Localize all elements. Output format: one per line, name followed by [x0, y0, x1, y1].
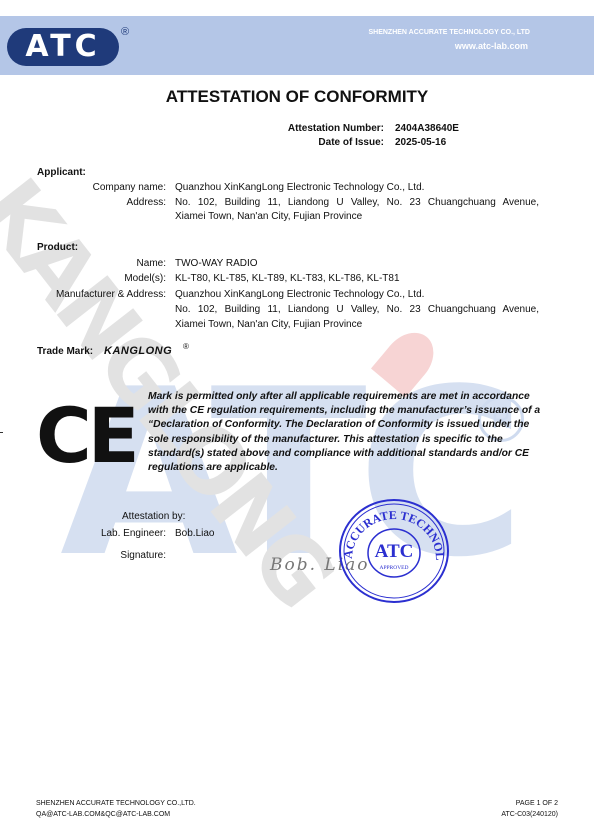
applicant-heading: Applicant: [37, 167, 86, 178]
footer-company: SHENZHEN ACCURATE TECHNOLOGY CO.,LTD. [36, 800, 196, 807]
manufacturer-address-line-2: Xiamei Town, Nan'an City, Fujian Provinc… [175, 318, 539, 332]
attestation-number-value: 2404A38640E [395, 123, 459, 134]
header-website[interactable]: www.atc-lab.com [455, 41, 528, 51]
manufacturer-label: Manufacturer & Address: [56, 289, 166, 300]
address-line-1: No. 102, Building 11, Liandong U Valley,… [175, 196, 539, 210]
margin-tick [0, 432, 3, 433]
product-name-label: Name: [137, 258, 166, 269]
trademark-label: Trade Mark: [37, 346, 93, 357]
header-company-name: SHENZHEN ACCURATE TECHNOLOGY CO., LTD [368, 29, 530, 36]
atc-logo: ATC [7, 28, 119, 66]
ce-mark-statement: Mark is permitted only after all applica… [148, 390, 548, 475]
trademark-registered-mark: ® [183, 342, 189, 351]
attestation-by-label: Attestation by: [122, 511, 185, 522]
footer-page-number: PAGE 1 OF 2 [516, 800, 558, 807]
footer-emails[interactable]: QA@ATC-LAB.COM&QC@ATC-LAB.COM [36, 811, 170, 818]
ce-mark-icon: CE [36, 398, 136, 474]
address-label: Address: [127, 197, 166, 208]
attestation-number-label: Attestation Number: [288, 123, 384, 134]
kanglong-logo: KANGLONG [104, 345, 172, 357]
stamp-approved-text: APPROVED [379, 565, 408, 571]
models-label: Model(s): [124, 273, 166, 284]
document-title: ATTESTATION OF CONFORMITY [0, 87, 594, 107]
manufacturer-address-line-1: No. 102, Building 11, Liandong U Valley,… [175, 303, 539, 317]
product-name-value: TWO-WAY RADIO [175, 257, 539, 271]
lab-engineer-value: Bob.Liao [175, 528, 214, 539]
signature-label: Signature: [120, 550, 166, 561]
date-of-issue-label: Date of Issue: [318, 137, 384, 148]
date-of-issue-value: 2025-05-16 [395, 137, 446, 148]
stamp-center-text: ATC [375, 541, 414, 562]
manufacturer-value: Quanzhou XinKangLong Electronic Technolo… [175, 288, 539, 302]
lab-engineer-label: Lab. Engineer: [101, 528, 166, 539]
footer-form-code: ATC-C03(240120) [501, 811, 558, 818]
company-name-value: Quanzhou XinKangLong Electronic Technolo… [175, 181, 539, 195]
approved-stamp-icon: ACCURATE TECHNOLOGY CO.,LTD ATC APPROVED [337, 497, 451, 605]
registered-mark: ® [121, 26, 129, 38]
company-name-label: Company name: [93, 182, 166, 193]
models-value: KL-T80, KL-T85, KL-T89, KL-T83, KL-T86, … [175, 272, 539, 286]
address-line-2: Xiamei Town, Nan'an City, Fujian Provinc… [175, 210, 539, 224]
product-heading: Product: [37, 242, 78, 253]
